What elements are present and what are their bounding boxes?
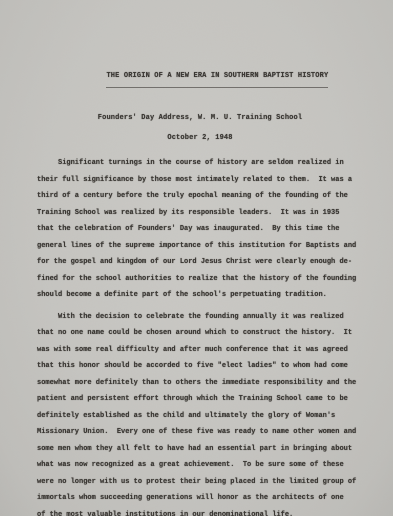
document-subtitle: Founders' Day Address, W. M. U. Training… [37, 108, 363, 128]
typed-line: that this honor should be accorded to fi… [37, 358, 363, 375]
typed-line: With the decision to celebrate the found… [37, 309, 363, 326]
typed-line: patient and persistent effort through wh… [37, 391, 363, 408]
typed-line: were no longer with us to protest their … [37, 474, 363, 491]
typed-line: what was now recognized as a great achie… [37, 457, 363, 474]
paragraph-1: Significant turnings in the course of hi… [37, 155, 363, 304]
typed-line: somewhat more definitely than to others … [37, 375, 363, 392]
typed-line: was with some real difficulty and after … [37, 342, 363, 359]
typed-line: fined for the school authorities to real… [37, 271, 363, 288]
document-date: October 2, 1948 [37, 128, 363, 148]
document-content: THE ORIGIN OF A NEW ERA IN SOUTHERN BAPT… [0, 0, 393, 516]
document-body: Significant turnings in the course of hi… [37, 155, 363, 516]
scanned-page: THE ORIGIN OF A NEW ERA IN SOUTHERN BAPT… [0, 0, 393, 516]
typed-line: Training School was realized by its resp… [37, 205, 363, 222]
typed-line: that no one name could be chosen around … [37, 325, 363, 342]
paragraph-2: With the decision to celebrate the found… [37, 309, 363, 516]
document-title-text: THE ORIGIN OF A NEW ERA IN SOUTHERN BAPT… [106, 66, 328, 88]
document-title: THE ORIGIN OF A NEW ERA IN SOUTHERN BAPT… [37, 46, 363, 108]
typed-line: immortals whom succeeding generations wi… [37, 490, 363, 507]
typed-line: for the gospel and kingdom of our Lord J… [37, 254, 363, 271]
typed-line: their full significance by those most in… [37, 172, 363, 189]
typed-line: some men whom they all felt to have had … [37, 441, 363, 458]
typed-line: third of a century before the truly epoc… [37, 188, 363, 205]
typed-line: definitely established as the child and … [37, 408, 363, 425]
typed-line: Significant turnings in the course of hi… [37, 155, 363, 172]
typed-line: should become a definite part of the sch… [37, 287, 363, 304]
typed-line: Missionary Union. Every one of these fiv… [37, 424, 363, 441]
typed-line: that the celebration of Founders' Day wa… [37, 221, 363, 238]
typed-line: of the most valuable institutions in our… [37, 507, 363, 516]
document-heading: THE ORIGIN OF A NEW ERA IN SOUTHERN BAPT… [37, 46, 363, 148]
typed-line: general lines of the supreme importance … [37, 238, 363, 255]
